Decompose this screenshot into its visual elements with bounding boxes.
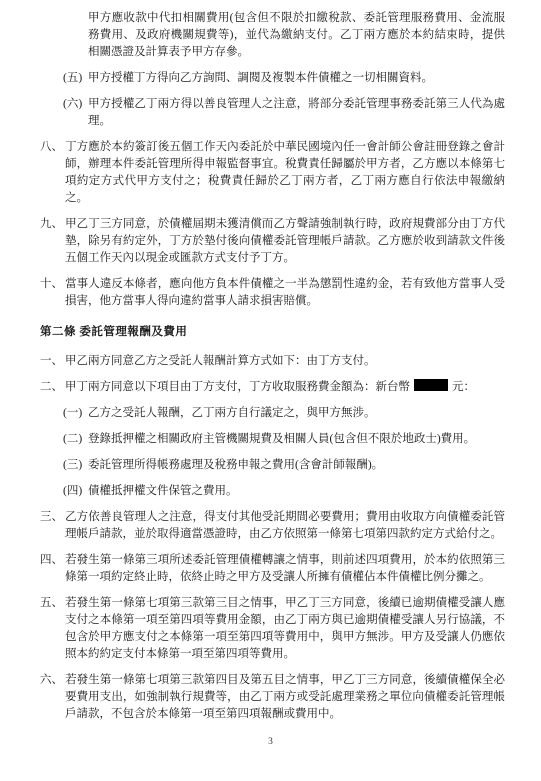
c2-item-5-label: 五、 (40, 595, 65, 612)
c2-sub-2-label: (二) (63, 431, 88, 448)
clause2-item-3: 三、乙方依善良管理人之注意，得支付其他受託期間必要費用；費用由收取方向債權委託管… (40, 509, 505, 543)
c2-item-6-label: 六、 (40, 672, 65, 689)
c2-sub-1-label: (一) (63, 405, 88, 422)
item-10-text: 當事人違反本條者，應向他方負本件債權之一半為懲罰性違約金，若有致他方當事人受損害… (65, 278, 505, 307)
clause1-item7-continuation: 甲方應收款中代扣相關費用(包含但不限於扣繳稅款、委託管理服務費用、金流服務費用、… (88, 10, 505, 61)
c2-item-2-text-before: 甲丁兩方同意以下項目由丁方支付，丁方收取服務費金額為：新台幣 (65, 381, 410, 393)
clause2-item-4: 四、若發生第一條第三項所述委託管理債權轉讓之情事，則前述四項費用，於本約依照第三… (40, 552, 505, 586)
c2-item-4-label: 四、 (40, 552, 65, 569)
item-10-label: 十、 (40, 276, 65, 293)
clause2-item-5: 五、若發生第一條第七項第三款第三目之情事，甲乙丁三方同意，後續已逾期債權受讓人應… (40, 595, 505, 663)
c2-item-2-text-after: 元： (452, 381, 475, 393)
c2-item-3-text: 乙方依善良管理人之注意，得支付其他受託期間必要費用；費用由收取方向債權委託管理帳… (65, 511, 505, 540)
clause1-item-8: 八、丁方應於本約簽訂後五個工作天內委託於中華民國境內任一會計師公會註冊登錄之會計… (40, 139, 505, 207)
clause2-subitem-1: (一)乙方之受託人報酬，乙丁兩方自行議定之，與甲方無涉。 (63, 405, 505, 422)
clause2-heading: 第二條 委託管理報酬及費用 (40, 324, 505, 341)
c2-item-3-label: 三、 (40, 509, 65, 526)
c2-sub-3-label: (三) (63, 457, 88, 474)
clause2-item-1: 一、甲乙兩方同意乙方之受託人報酬計算方式如下：由丁方支付。 (40, 353, 505, 370)
item-8-text: 丁方應於本約簽訂後五個工作天內委託於中華民國境內任一會計師公會註冊登錄之會計師，… (65, 141, 505, 204)
clause1-subitem-6: (六)甲方授權乙丁兩方得以善良管理人之注意，將部分委託管理事務委託第三人代為處理… (63, 96, 505, 130)
c2-item-5-text: 若發生第一條第七項第三款第三目之情事，甲乙丁三方同意，後續已逾期債權受讓人應支付… (65, 597, 505, 660)
subitem-6-label: (六) (63, 96, 88, 113)
item-8-label: 八、 (40, 139, 65, 156)
clause2-subitem-2: (二)登錄抵押權之相關政府主管機關規費及相關人員(包含但不限於地政士)費用。 (63, 431, 505, 448)
c2-sub-1-text: 乙方之受託人報酬，乙丁兩方自行議定之，與甲方無涉。 (88, 407, 376, 419)
c2-item-2-label: 二、 (40, 379, 65, 396)
contract-page: 甲方應收款中代扣相關費用(包含但不限於扣繳稅款、委託管理服務費用、金流服務費用、… (0, 0, 541, 781)
c2-item-6-text: 若發生第一條第七項第三款第四目及第五目之情事，甲乙丁三方同意，後續債權保全必要費… (65, 674, 505, 720)
clause2-subitem-3: (三)委託管理所得帳務處理及稅務申報之費用(含會計師報酬)。 (63, 457, 505, 474)
page-number: 3 (0, 737, 541, 747)
clause2-item-2: 二、甲丁兩方同意以下項目由丁方支付，丁方收取服務費金額為：新台幣元： (40, 379, 505, 396)
c2-item-1-text: 甲乙兩方同意乙方之受託人報酬計算方式如下：由丁方支付。 (65, 355, 376, 367)
clause1-item-10: 十、當事人違反本條者，應向他方負本件債權之一半為懲罰性違約金，若有致他方當事人受… (40, 276, 505, 310)
item-9-text: 甲乙丁三方同意，於債權屆期未獲清償而乙方聲請強制執行時，政府規費部分由丁方代墊，… (65, 218, 505, 264)
c2-item-1-label: 一、 (40, 353, 65, 370)
c2-sub-3-text: 委託管理所得帳務處理及稅務申報之費用(含會計師報酬)。 (88, 459, 383, 471)
subitem-5-text: 甲方授權丁方得向乙方詢問、調閱及複製本件債權之一切相關資料。 (88, 72, 433, 84)
document-body: 甲方應收款中代扣相關費用(包含但不限於扣繳稅款、委託管理服務費用、金流服務費用、… (0, 0, 541, 723)
subitem-6-text: 甲方授權乙丁兩方得以善良管理人之注意，將部分委託管理事務委託第三人代為處理。 (88, 98, 505, 127)
clause1-item-9: 九、甲乙丁三方同意，於債權屆期未獲清償而乙方聲請強制執行時，政府規費部分由丁方代… (40, 216, 505, 267)
c2-sub-4-label: (四) (63, 483, 88, 500)
c2-sub-4-text: 債權抵押權文件保管之費用。 (88, 485, 238, 497)
c2-sub-2-text: 登錄抵押權之相關政府主管機關規費及相關人員(包含但不限於地政士)費用。 (88, 433, 475, 445)
item-9-label: 九、 (40, 216, 65, 233)
subitem-5-label: (五) (63, 70, 88, 87)
clause2-subitem-4: (四)債權抵押權文件保管之費用。 (63, 483, 505, 500)
redacted-amount-box (414, 379, 448, 391)
c2-item-4-text: 若發生第一條第三項所述委託管理債權轉讓之情事，則前述四項費用，於本約依照第三條第… (65, 554, 505, 583)
clause1-subitem-5: (五)甲方授權丁方得向乙方詢問、調閱及複製本件債權之一切相關資料。 (63, 70, 505, 87)
clause2-item-6: 六、若發生第一條第七項第三款第四目及第五目之情事，甲乙丁三方同意，後續債權保全必… (40, 672, 505, 723)
